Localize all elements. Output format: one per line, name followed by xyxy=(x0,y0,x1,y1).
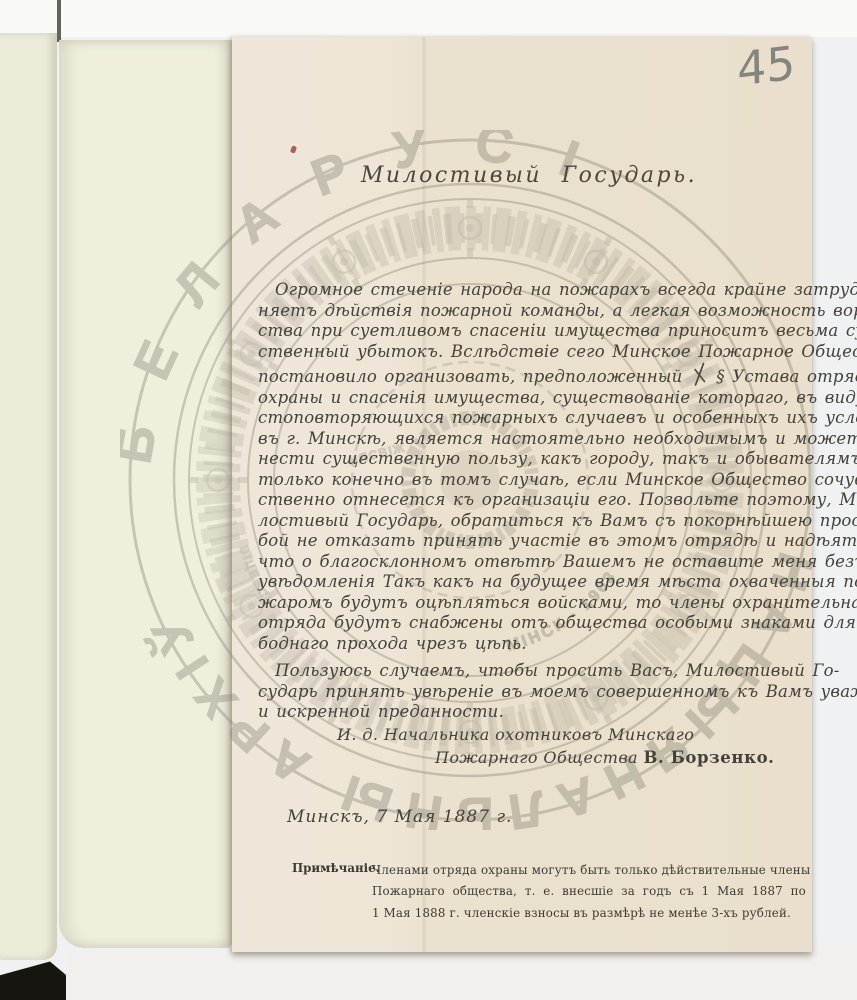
letter-line: что о благосклонномъ отвѣтѣ Вашемъ не ос… xyxy=(258,552,800,573)
letter-line: боднаго прохода чрезъ цѣпь. xyxy=(258,634,800,655)
letter-line: увѣдомленія Такъ какъ на будущее время м… xyxy=(258,572,800,593)
red-ink-speck xyxy=(290,145,297,153)
letter-line: только конечно въ томъ случаѣ, если Минс… xyxy=(258,470,800,491)
letter-line: стоповторяющихся пожарныхъ случаевъ и ос… xyxy=(258,408,800,429)
salutation: Милостивый Государь. xyxy=(258,163,800,188)
note-text: Членами отряда охраны могутъ быть только… xyxy=(372,860,806,924)
paragraph-1: Огромное стеченіе народа на пожарахъ все… xyxy=(258,280,800,654)
letter-line: сударь принять увѣреніе въ моемъ соверше… xyxy=(258,682,800,703)
letter-text-layer: 45 Милостивый Государь. Огромное стечені… xyxy=(232,37,812,952)
letter-line-with-mark: постановило организовать, предположенный… xyxy=(258,362,800,388)
letter-line: и искренной преданности. xyxy=(258,702,800,723)
archive-scan: БЕЛАРУСІ НАЦЫЯНАЛЬНЫ АРХІЎ МІНСК · 1963 … xyxy=(0,0,857,1000)
note-line: Членами отряда охраны могутъ быть только… xyxy=(372,860,806,881)
letter-line: въ г. Минскѣ, является настоятельно необ… xyxy=(258,429,800,450)
left-page-edge xyxy=(0,33,57,960)
letter-line: няетъ дѣйствія пожарной команды, а легка… xyxy=(258,301,800,322)
letter-line: ственно отнесется къ организаціи его. По… xyxy=(258,490,800,511)
letter-line: лостивый Государь, обратиться къ Вамъ съ… xyxy=(258,511,800,532)
signature-name: В. Борзенко. xyxy=(643,748,774,767)
dateline: Минскъ, 7 Мая 1887 г. xyxy=(287,807,512,827)
letter-line: Огромное стеченіе народа на пожарахъ все… xyxy=(258,280,800,301)
letter-line: охраны и спасенія имущества, существован… xyxy=(258,388,800,409)
letter-line-segment: § Устава отрядъ xyxy=(716,367,857,386)
letter-line: Пользуюсь случаемъ, чтобы просить Васъ, … xyxy=(258,661,800,682)
letter-line: отряда будутъ снабжены отъ общества особ… xyxy=(258,613,800,634)
note-line: 1 Мая 1888 г. членскіе взносы въ размѣрѣ… xyxy=(372,903,806,924)
note-label: Примѣчаніе. xyxy=(292,861,380,875)
signature-title-line: И. д. Начальника охотниковъ Минскаго xyxy=(337,725,694,744)
letter-line: бой не отказать принять участіе въ этомъ… xyxy=(258,531,800,552)
letter-line: ственный убытокъ. Вслѣдствіе сего Минско… xyxy=(258,342,800,363)
binding-gap xyxy=(57,0,61,42)
note-line: Пожарнаго общества, т. е. внесшіе за год… xyxy=(372,881,806,902)
letter-line-segment: постановило организовать, предположенный xyxy=(258,367,682,386)
letter-line: ства при суетливомъ спасеніи имущества п… xyxy=(258,321,800,342)
letter-line: жаромъ будутъ оцѣпляться войсками, то чл… xyxy=(258,593,800,614)
signature-org: Пожарнаго Общества xyxy=(435,748,643,767)
archival-folio-number: 45 xyxy=(737,35,796,96)
handwritten-insert-mark-icon xyxy=(692,362,707,386)
signature-name-line: Пожарнаго Общества В. Борзенко. xyxy=(435,748,775,767)
scanner-background-top xyxy=(0,0,857,37)
letter-line: нести существенную пользу, какъ городу, … xyxy=(258,449,800,470)
paragraph-2: Пользуюсь случаемъ, чтобы просить Васъ, … xyxy=(258,661,800,723)
